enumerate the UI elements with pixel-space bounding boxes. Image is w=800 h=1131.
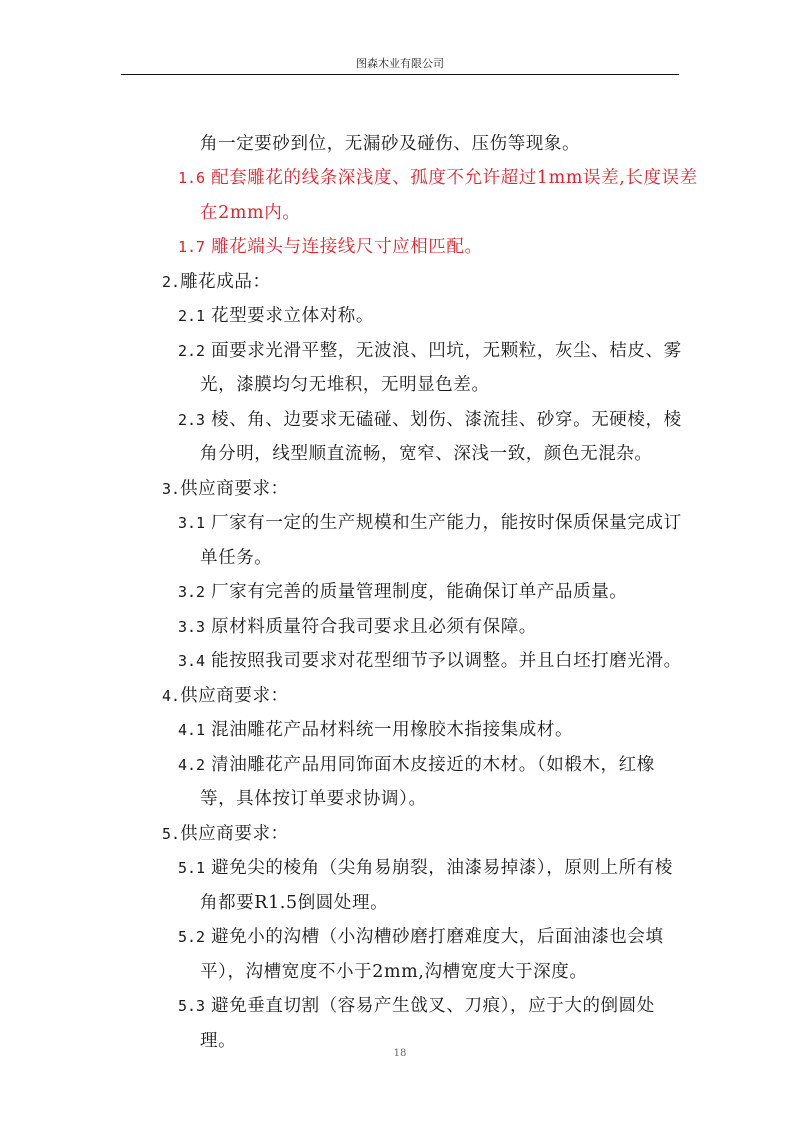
text-line: 2.2面要求光滑平整，无波浪、凹坑，无颗粒，灰尘、桔皮、雾 — [178, 337, 682, 362]
text-line: 4.1混油雕花产品材料统一用橡胶木指接集成材。 — [178, 716, 573, 741]
text-line: 3.1厂家有一定的生产规模和生产能力，能按时保质保量完成订 — [178, 509, 682, 534]
text-line: 5.3避免垂直切割（容易产生戗叉、刀痕），应于大的倒圆处 — [178, 992, 655, 1017]
text-line: 2.3棱、角、边要求无磕碰、划伤、漆流挂、砂穿。无硬棱，棱 — [178, 406, 682, 431]
text-line: 角一定要砂到位，无漏砂及碰伤、压伤等现象。 — [200, 130, 580, 155]
section-heading: 5.供应商要求： — [162, 820, 289, 845]
text-line-highlighted: 1.7雕花端头与连接线尺寸应相匹配。 — [178, 233, 483, 258]
section-heading: 4.供应商要求： — [162, 682, 289, 707]
text-line: 3.3原材料质量符合我司要求且必须有保障。 — [178, 613, 537, 638]
text-line: 角都要R1.5倒圆处理。 — [200, 889, 388, 914]
text-line: 光，漆膜均匀无堆积，无明显色差。 — [200, 371, 490, 396]
page-header-company: 图森木业有限公司 — [0, 55, 800, 71]
text-line: 平），沟槽宽度不小于2mm,沟槽宽度大于深度。 — [200, 958, 587, 983]
text-line: 5.1避免尖的棱角（尖角易崩裂，油漆易掉漆），原则上所有棱 — [178, 854, 673, 879]
text-line: 角分明，线型顺直流畅，宽窄、深浅一致，颜色无混杂。 — [200, 440, 653, 465]
text-line: 5.2避免小的沟槽（小沟槽砂磨打磨难度大，后面油漆也会填 — [178, 923, 664, 948]
text-line: 3.4能按照我司要求对花型细节予以调整。并且白坯打磨光滑。 — [178, 647, 682, 672]
text-line: 2.1花型要求立体对称。 — [178, 302, 374, 327]
page-number: 18 — [0, 1048, 800, 1059]
section-heading: 3.供应商要求： — [162, 475, 289, 500]
text-line-highlighted: 在2mm内。 — [200, 199, 300, 224]
text-line-highlighted: 1.6配套雕花的线条深浅度、孤度不允许超过1mm误差,长度误差 — [178, 164, 698, 189]
text-line: 4.2清油雕花产品用同饰面木皮接近的木材。（如椴木，红橡 — [178, 751, 655, 776]
text-line: 单任务。 — [200, 544, 272, 569]
text-line: 3.2厂家有完善的质量管理制度，能确保订单产品质量。 — [178, 578, 627, 603]
section-heading: 2.雕花成品： — [162, 268, 271, 293]
text-line: 等，具体按订单要求协调）。 — [200, 785, 427, 810]
header-divider — [121, 74, 679, 75]
